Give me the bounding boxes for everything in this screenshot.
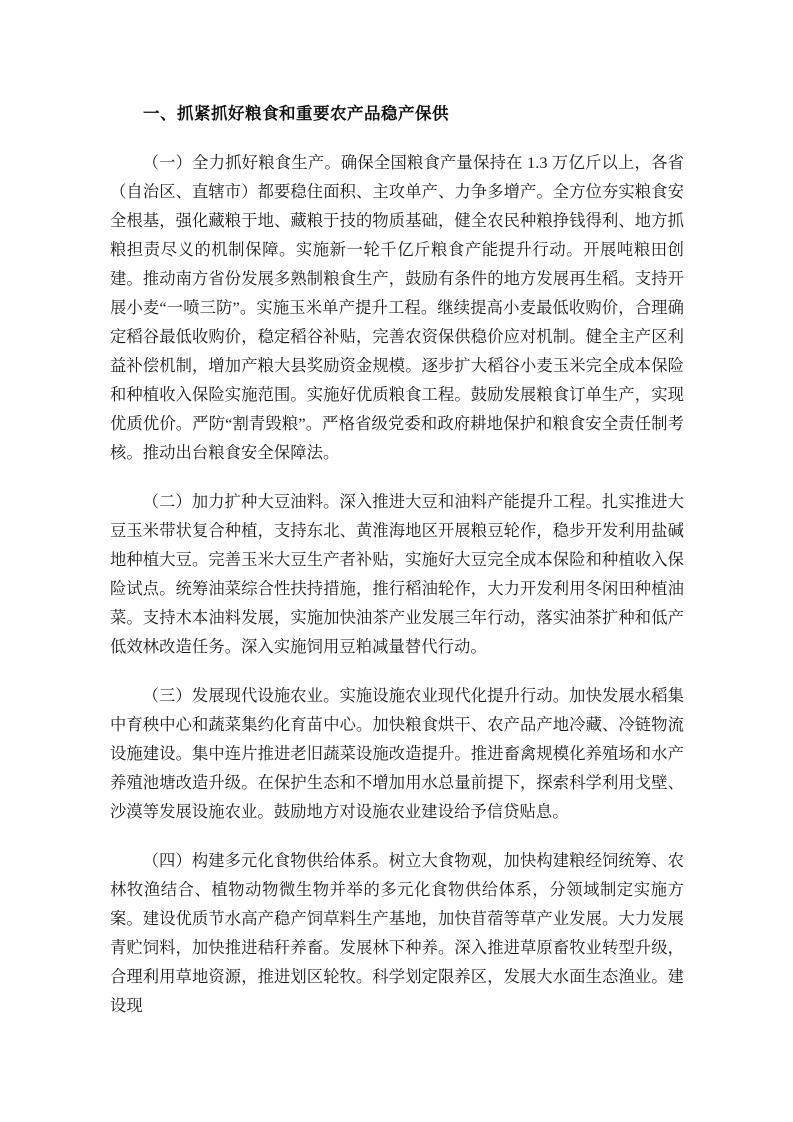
paragraph-2: （二）加力扩种大豆油料。深入推进大豆和油料产能提升工程。扎实推进大豆玉米带状复合… xyxy=(110,487,684,661)
paragraph-3: （三）发展现代设施农业。实施设施农业现代化提升行动。加快发展水稻集中育秧中心和蔬… xyxy=(110,681,684,826)
section-heading: 一、抓紧抓好粮食和重要农产品稳产保供 xyxy=(110,100,684,128)
paragraph-1: （一）全力抓好粮食生产。确保全国粮食产量保持在 1.3 万亿斤以上，各省（自治区… xyxy=(110,148,684,467)
paragraph-4: （四）构建多元化食物供给体系。树立大食物观，加快构建粮经饲统筹、农林牧渔结合、植… xyxy=(110,846,684,1020)
document-content: 一、抓紧抓好粮食和重要农产品稳产保供 （一）全力抓好粮食生产。确保全国粮食产量保… xyxy=(110,100,684,1020)
document-page: 一、抓紧抓好粮食和重要农产品稳产保供 （一）全力抓好粮食生产。确保全国粮食产量保… xyxy=(0,0,793,1122)
